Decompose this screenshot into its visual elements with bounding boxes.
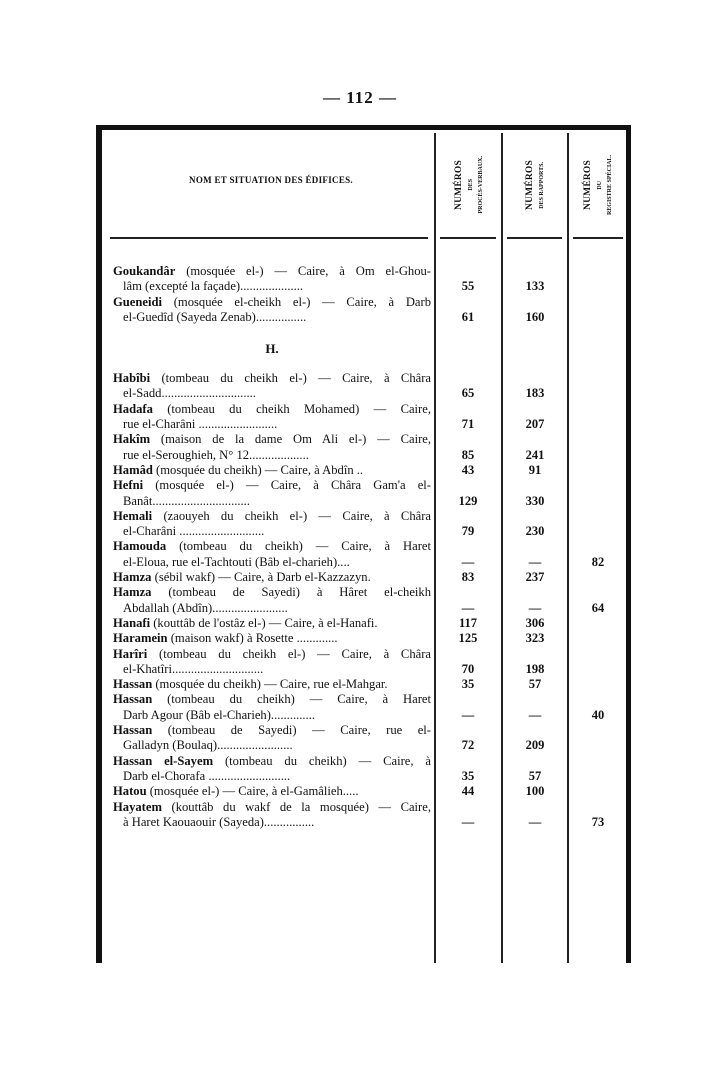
rapport-number: 209 <box>502 738 568 753</box>
description-line-1: Hamâd (mosquée du cheikh) — Caire, à Abd… <box>113 463 431 478</box>
description-line-1: Hassan (tombeau du cheikh) — Caire, à Ha… <box>113 692 431 707</box>
description-line-2: rue el-Seroughieh, N° 12................… <box>113 448 431 463</box>
edifice-name: Hemali <box>113 509 152 523</box>
proces-verbal-number: 125 <box>435 631 501 646</box>
table-row: Hamouda (tombeau du cheikh) — Caire, à H… <box>113 539 631 570</box>
header-name-situation: NOM ET SITUATION DES ÉDIFICES. <box>116 175 426 185</box>
edifice-situation: (kouttâb du wakf de la mosquée) — Caire, <box>162 800 431 814</box>
edifice-description: Hatou (mosquée el-) — Caire, à el-Gamâli… <box>113 784 431 799</box>
description-line-1: Hayatem (kouttâb du wakf de la mosquée) … <box>113 800 431 815</box>
table-row: Hassan (mosquée du cheikh) — Caire, rue … <box>113 677 631 692</box>
table-row: Hakîm (maison de la dame Om Ali el-) — C… <box>113 432 631 463</box>
edifice-description: Goukandâr (mosquée el-) — Caire, à Om el… <box>113 264 431 295</box>
header-col1-line3: PROCÈS-VERBAUX. <box>478 156 484 214</box>
description-line-1: Hamouda (tombeau du cheikh) — Caire, à H… <box>113 539 431 554</box>
description-line-1: Habîbi (tombeau du cheikh el-) — Caire, … <box>113 371 431 386</box>
proces-verbal-number: 83 <box>435 570 501 585</box>
edifice-situation: (tombeau du cheikh el-) — Caire, à Châra <box>150 371 431 385</box>
header-col3-line3: REGISTRE SPÉCIAL. <box>607 155 613 215</box>
rapport-number: 237 <box>502 570 568 585</box>
rapport-number: 133 <box>502 279 568 294</box>
description-line-1: Hemali (zaouyeh du cheikh el-) — Caire, … <box>113 509 431 524</box>
edifice-situation: (tombeau du cheikh) — Caire, à Haret <box>152 692 431 706</box>
rapport-number: 330 <box>502 494 568 509</box>
description-line-1: Hamza (tombeau de Sayedi) à Hâret el-che… <box>113 585 431 600</box>
proces-verbal-number: 79 <box>435 524 501 539</box>
rapport-number: — <box>502 708 568 723</box>
edifice-description: Hemali (zaouyeh du cheikh el-) — Caire, … <box>113 509 431 540</box>
table-row: Hadafa (tombeau du cheikh Mohamed) — Cai… <box>113 402 631 433</box>
description-line-2: el-Guedîd (Sayeda Zenab)................ <box>113 310 431 325</box>
table-row: Hamza (tombeau de Sayedi) à Hâret el-che… <box>113 585 631 616</box>
edifice-name: Goukandâr <box>113 264 175 278</box>
registre-number: 40 <box>568 708 628 723</box>
edifice-situation: (mosquée du cheikh) — Caire, rue el-Mahg… <box>152 677 387 691</box>
header-rule-main <box>110 237 428 239</box>
table-row: Habîbi (tombeau du cheikh el-) — Caire, … <box>113 371 631 402</box>
proces-verbal-number: 117 <box>435 616 501 631</box>
edifice-name: Hamâd <box>113 463 153 477</box>
description-line-2: Banât............................... <box>113 494 431 509</box>
rapport-number: 230 <box>502 524 568 539</box>
edifice-situation: (tombeau du cheikh Mohamed) — Caire, <box>153 402 431 416</box>
header-registre: NUMÉROS DU REGISTRE SPÉCIAL. <box>569 135 626 235</box>
edifice-situation: (tombeau de Sayedi) — Caire, rue el- <box>152 723 431 737</box>
edifice-description: Hassan el-Sayem (tombeau du cheikh) — Ca… <box>113 754 431 785</box>
edifice-name: Hatou <box>113 784 147 798</box>
table-row: Hassan el-Sayem (tombeau du cheikh) — Ca… <box>113 754 631 785</box>
edifice-name: Hanafi <box>113 616 150 630</box>
table-row: Hayatem (kouttâb du wakf de la mosquée) … <box>113 800 631 831</box>
description-line-1: Haramein (maison wakf) à Rosette .......… <box>113 631 431 646</box>
rapport-number: 323 <box>502 631 568 646</box>
table-row: Hemali (zaouyeh du cheikh el-) — Caire, … <box>113 509 631 540</box>
edifice-situation: (tombeau du cheikh) — Caire, à Haret <box>166 539 431 553</box>
edifice-situation: (tombeau du cheikh) — Caire, à <box>213 754 431 768</box>
page-number: — 112 — <box>0 88 720 108</box>
edifice-name: Habîbi <box>113 371 150 385</box>
edifice-situation: (kouttâb de l'ostâz el-) — Caire, à el-H… <box>150 616 377 630</box>
proces-verbal-number: 61 <box>435 310 501 325</box>
edifice-name: Hamza <box>113 585 151 599</box>
edifice-description: Haramein (maison wakf) à Rosette .......… <box>113 631 431 646</box>
rapport-number: — <box>502 601 568 616</box>
proces-verbal-number: 35 <box>435 769 501 784</box>
description-line-2: Abdallah (Abdîn)........................ <box>113 601 431 616</box>
edifice-name: Hamza <box>113 570 151 584</box>
edifice-situation: (mosquée el-) — Caire, à el-Gamâlieh....… <box>147 784 359 798</box>
proces-verbal-number: 72 <box>435 738 501 753</box>
proces-verbal-number: 129 <box>435 494 501 509</box>
table-body: Goukandâr (mosquée el-) — Caire, à Om el… <box>113 264 631 830</box>
header-col1-line1: NUMÉROS <box>454 160 464 210</box>
description-line-1: Harîri (tombeau du cheikh el-) — Caire, … <box>113 647 431 662</box>
edifice-situation: (sébil wakf) — Caire, à Darb el-Kazzazyn… <box>151 570 370 584</box>
description-line-1: Gueneidi (mosquée el-cheikh el-) — Caire… <box>113 295 431 310</box>
header-col1-line2: DES <box>468 179 474 191</box>
rapport-number: 57 <box>502 677 568 692</box>
header-rapports: NUMÉROS DES RAPPORTS. <box>503 135 567 235</box>
header-col3-line2: DU <box>597 181 603 190</box>
description-line-2: el-Khatîri............................. <box>113 662 431 677</box>
table-row: Gueneidi (mosquée el-cheikh el-) — Caire… <box>113 295 631 326</box>
table-row: Hatou (mosquée el-) — Caire, à el-Gamâli… <box>113 784 631 799</box>
rapport-number: 241 <box>502 448 568 463</box>
header-proces-verbaux: NUMÉROS DES PROCÈS-VERBAUX. <box>436 135 501 235</box>
description-line-2: à Haret Kaouaouir (Sayeda)..............… <box>113 815 431 830</box>
proces-verbal-number: — <box>435 555 501 570</box>
description-line-1: Hassan (mosquée du cheikh) — Caire, rue … <box>113 677 431 692</box>
rapport-number: 306 <box>502 616 568 631</box>
edifice-description: Hakîm (maison de la dame Om Ali el-) — C… <box>113 432 431 463</box>
edifice-name: Hefni <box>113 478 143 492</box>
edifice-name: Hakîm <box>113 432 150 446</box>
description-line-1: Hanafi (kouttâb de l'ostâz el-) — Caire,… <box>113 616 431 631</box>
edifice-situation: (maison de la dame Om Ali el-) — Caire, <box>150 432 431 446</box>
edifice-situation: (zaouyeh du cheikh el-) — Caire, à Châra <box>152 509 431 523</box>
header-rule-col2 <box>507 237 562 239</box>
edifice-name: Hayatem <box>113 800 162 814</box>
registre-number: 64 <box>568 601 628 616</box>
description-line-1: Hakîm (maison de la dame Om Ali el-) — C… <box>113 432 431 447</box>
rapport-number: — <box>502 555 568 570</box>
edifice-name: Haramein <box>113 631 168 645</box>
edifice-description: Hamouda (tombeau du cheikh) — Caire, à H… <box>113 539 431 570</box>
proces-verbal-number: 70 <box>435 662 501 677</box>
rapport-number: 100 <box>502 784 568 799</box>
table-row: Hanafi (kouttâb de l'ostâz el-) — Caire,… <box>113 616 631 631</box>
table-row: Harîri (tombeau du cheikh el-) — Caire, … <box>113 647 631 678</box>
proces-verbal-number: 44 <box>435 784 501 799</box>
edifice-situation: (mosquée du cheikh) — Caire, à Abdîn .. <box>153 463 363 477</box>
rapport-number: 207 <box>502 417 568 432</box>
description-line-1: Hadafa (tombeau du cheikh Mohamed) — Cai… <box>113 402 431 417</box>
edifice-name: Hassan el-Sayem <box>113 754 213 768</box>
description-line-2: Darb el-Chorafa ........................… <box>113 769 431 784</box>
description-line-1: Hatou (mosquée el-) — Caire, à el-Gamâli… <box>113 784 431 799</box>
edifice-name: Hassan <box>113 723 152 737</box>
edifice-situation: (maison wakf) à Rosette ............. <box>168 631 338 645</box>
edifice-name: Hamouda <box>113 539 166 553</box>
edifice-description: Hamâd (mosquée du cheikh) — Caire, à Abd… <box>113 463 431 478</box>
edifice-situation: (mosquée el-cheikh el-) — Caire, à Darb <box>162 295 431 309</box>
proces-verbal-number: 71 <box>435 417 501 432</box>
proces-verbal-number: — <box>435 815 501 830</box>
edifice-description: Hanafi (kouttâb de l'ostâz el-) — Caire,… <box>113 616 431 631</box>
description-line-2: el-Eloua, rue el-Tachtouti (Bâb el-chari… <box>113 555 431 570</box>
description-line-1: Goukandâr (mosquée el-) — Caire, à Om el… <box>113 264 431 279</box>
rows-section-h: Habîbi (tombeau du cheikh el-) — Caire, … <box>113 371 631 830</box>
proces-verbal-number: 85 <box>435 448 501 463</box>
edifice-description: Harîri (tombeau du cheikh el-) — Caire, … <box>113 647 431 678</box>
description-line-1: Hefni (mosquée el-) — Caire, à Châra Gam… <box>113 478 431 493</box>
description-line-1: Hamza (sébil wakf) — Caire, à Darb el-Ka… <box>113 570 431 585</box>
description-line-2: rue el-Charâni ......................... <box>113 417 431 432</box>
table-row: Hassan (tombeau du cheikh) — Caire, à Ha… <box>113 692 631 723</box>
edifice-name: Hadafa <box>113 402 153 416</box>
rapport-number: 183 <box>502 386 568 401</box>
table-row: Hamza (sébil wakf) — Caire, à Darb el-Ka… <box>113 570 631 585</box>
edifice-situation: (tombeau de Sayedi) à Hâret el-cheikh <box>151 585 431 599</box>
table-row: Hamâd (mosquée du cheikh) — Caire, à Abd… <box>113 463 631 478</box>
description-line-2: el-Sadd.............................. <box>113 386 431 401</box>
proces-verbal-number: 65 <box>435 386 501 401</box>
proces-verbal-number: 43 <box>435 463 501 478</box>
description-line-1: Hassan el-Sayem (tombeau du cheikh) — Ca… <box>113 754 431 769</box>
description-line-2: Galladyn (Boulaq).......................… <box>113 738 431 753</box>
header-col2-line1: NUMÉROS <box>525 160 535 210</box>
rows-section-g: Goukandâr (mosquée el-) — Caire, à Om el… <box>113 264 631 325</box>
edifice-description: Gueneidi (mosquée el-cheikh el-) — Caire… <box>113 295 431 326</box>
edifice-description: Hayatem (kouttâb du wakf de la mosquée) … <box>113 800 431 831</box>
table-row: Goukandâr (mosquée el-) — Caire, à Om el… <box>113 264 631 295</box>
header-rule-col3 <box>573 237 623 239</box>
header-col2-line2: DES RAPPORTS. <box>539 162 545 209</box>
table-row: Hefni (mosquée el-) — Caire, à Châra Gam… <box>113 478 631 509</box>
edifice-description: Hefni (mosquée el-) — Caire, à Châra Gam… <box>113 478 431 509</box>
description-line-2: lâm (excepté la façade).................… <box>113 279 431 294</box>
edifice-description: Hamza (sébil wakf) — Caire, à Darb el-Ka… <box>113 570 431 585</box>
proces-verbal-number: 55 <box>435 279 501 294</box>
rapport-number: 198 <box>502 662 568 677</box>
proces-verbal-number: — <box>435 708 501 723</box>
table-border-top <box>96 125 631 130</box>
edifice-name: Gueneidi <box>113 295 162 309</box>
proces-verbal-number: 35 <box>435 677 501 692</box>
edifice-description: Hassan (mosquée du cheikh) — Caire, rue … <box>113 677 431 692</box>
edifice-description: Hassan (tombeau de Sayedi) — Caire, rue … <box>113 723 431 754</box>
description-line-2: el-Charâni ........................... <box>113 524 431 539</box>
edifice-description: Habîbi (tombeau du cheikh el-) — Caire, … <box>113 371 431 402</box>
rapport-number: — <box>502 815 568 830</box>
description-line-2: Darb Agour (Bâb el-Charieh).............… <box>113 708 431 723</box>
rapport-number: 91 <box>502 463 568 478</box>
description-line-1: Hassan (tombeau de Sayedi) — Caire, rue … <box>113 723 431 738</box>
proces-verbal-number: — <box>435 601 501 616</box>
rapport-number: 57 <box>502 769 568 784</box>
edifice-name: Harîri <box>113 647 147 661</box>
edifice-situation: (mosquée el-) — Caire, à Om el-Ghou- <box>175 264 431 278</box>
edifice-description: Hadafa (tombeau du cheikh Mohamed) — Cai… <box>113 402 431 433</box>
edifice-situation: (tombeau du cheikh el-) — Caire, à Châra <box>147 647 431 661</box>
registre-number: 73 <box>568 815 628 830</box>
edifice-description: Hassan (tombeau du cheikh) — Caire, à Ha… <box>113 692 431 723</box>
table-row: Haramein (maison wakf) à Rosette .......… <box>113 631 631 646</box>
section-letter-h: H. <box>113 325 431 371</box>
rapport-number: 160 <box>502 310 568 325</box>
table-border-left <box>96 125 102 963</box>
edifice-name: Hassan <box>113 692 152 706</box>
edifice-name: Hassan <box>113 677 152 691</box>
header-col3-line1: NUMÉROS <box>583 160 593 210</box>
header-rule-col1 <box>440 237 496 239</box>
table-row: Hassan (tombeau de Sayedi) — Caire, rue … <box>113 723 631 754</box>
edifice-description: Hamza (tombeau de Sayedi) à Hâret el-che… <box>113 585 431 616</box>
registre-number: 82 <box>568 555 628 570</box>
edifice-situation: (mosquée el-) — Caire, à Châra Gam'a el- <box>143 478 431 492</box>
